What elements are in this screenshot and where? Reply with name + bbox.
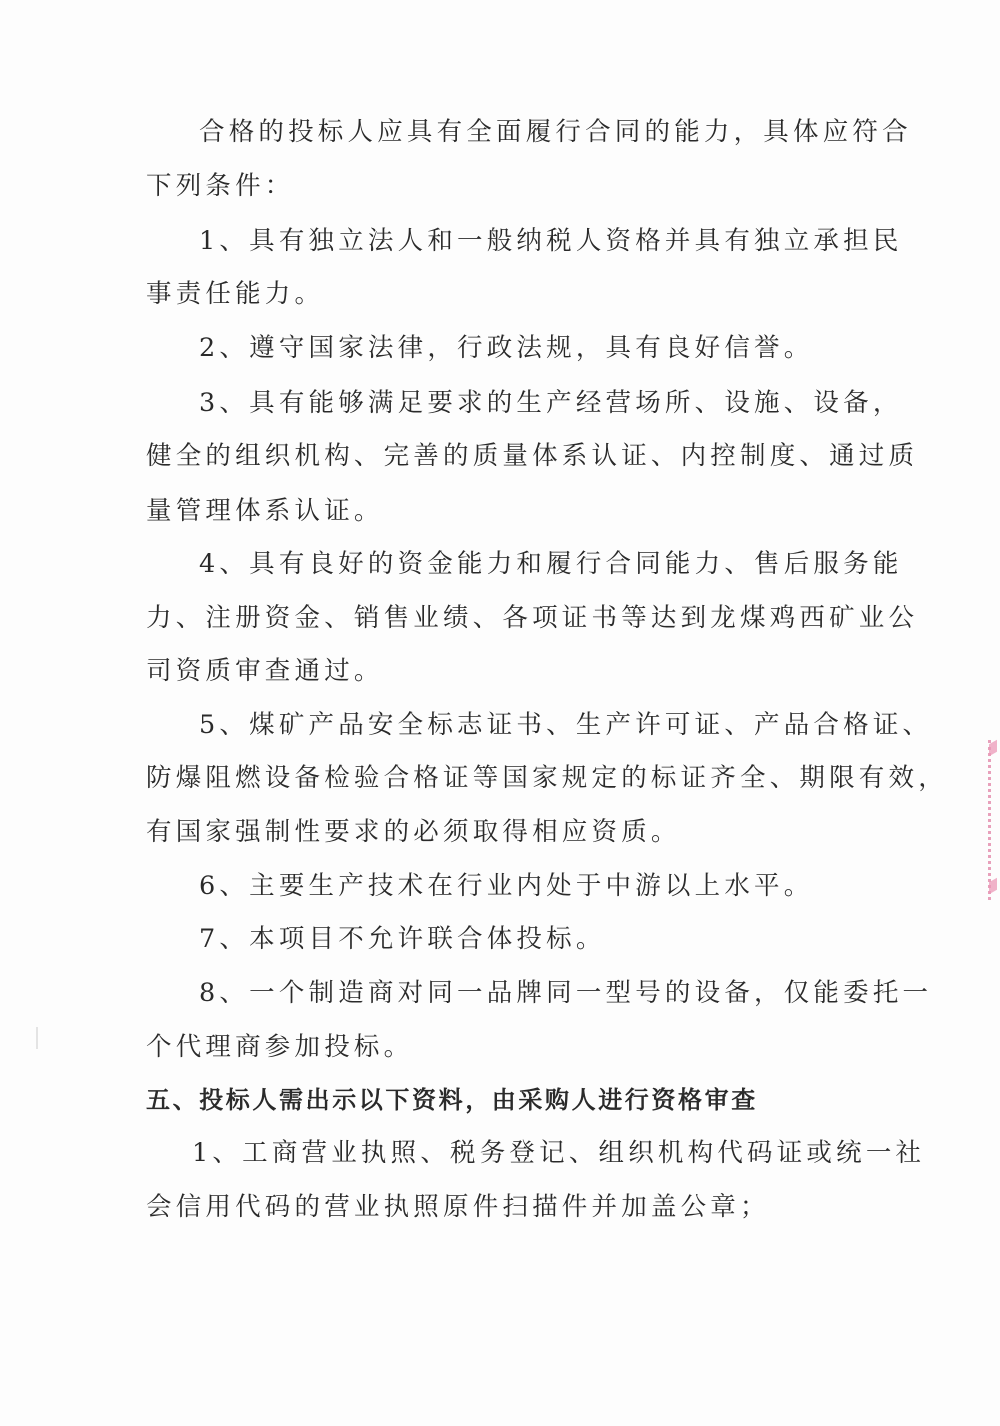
condition-5-line-1: 5、煤矿产品安全标志证书、生产许可证、产品合格证、: [199, 710, 939, 740]
condition-4-line-3: 司资质审查通过。: [146, 656, 886, 686]
section-heading-5: 五、投标人需出示以下资料，由采购人进行资格审查: [146, 1085, 886, 1115]
condition-3-line-3: 量管理体系认证。: [146, 496, 886, 526]
document-page: 合格的投标人应具有全面履行合同的能力，具体应符合 下列条件： 1、具有独立法人和…: [0, 0, 1000, 1426]
condition-8-line-2: 个代理商参加投标。: [146, 1032, 886, 1062]
paragraph-intro-line-1: 合格的投标人应具有全面履行合同的能力，具体应符合: [199, 117, 939, 147]
seal-stamp-mark-icon: [989, 740, 997, 757]
requirement-1-line-1: 1、工商营业执照、税务登记、组织机构代码证或统一社: [192, 1138, 932, 1168]
paragraph-intro-line-2: 下列条件：: [146, 171, 886, 201]
scan-artifact: [36, 1027, 38, 1049]
condition-2: 2、遵守国家法律，行政法规，具有良好信誉。: [199, 333, 939, 363]
requirement-1-line-2: 会信用代码的营业执照原件扫描件并加盖公章；: [146, 1192, 886, 1222]
condition-3-line-1: 3、具有能够满足要求的生产经营场所、设施、设备，: [199, 388, 939, 418]
condition-4-line-1: 4、具有良好的资金能力和履行合同能力、售后服务能: [199, 549, 939, 579]
condition-1-line-2: 事责任能力。: [146, 279, 886, 309]
condition-8-line-1: 8、一个制造商对同一品牌同一型号的设备，仅能委托一: [199, 978, 939, 1008]
condition-4-line-2: 力、注册资金、销售业绩、各项证书等达到龙煤鸡西矿业公: [146, 603, 886, 633]
condition-6: 6、主要生产技术在行业内处于中游以上水平。: [199, 871, 939, 901]
condition-7: 7、本项目不允许联合体投标。: [199, 924, 939, 954]
condition-5-line-2: 防爆阻燃设备检验合格证等国家规定的标证齐全、期限有效，: [146, 763, 886, 793]
condition-3-line-2: 健全的组织机构、完善的质量体系认证、内控制度、通过质: [146, 441, 886, 471]
seal-stamp-edge: [988, 740, 1000, 900]
condition-1-line-1: 1、具有独立法人和一般纳税人资格并具有独立承担民: [199, 226, 939, 256]
condition-5-line-3: 有国家强制性要求的必须取得相应资质。: [146, 817, 886, 847]
seal-stamp-mark-icon: [989, 878, 997, 895]
